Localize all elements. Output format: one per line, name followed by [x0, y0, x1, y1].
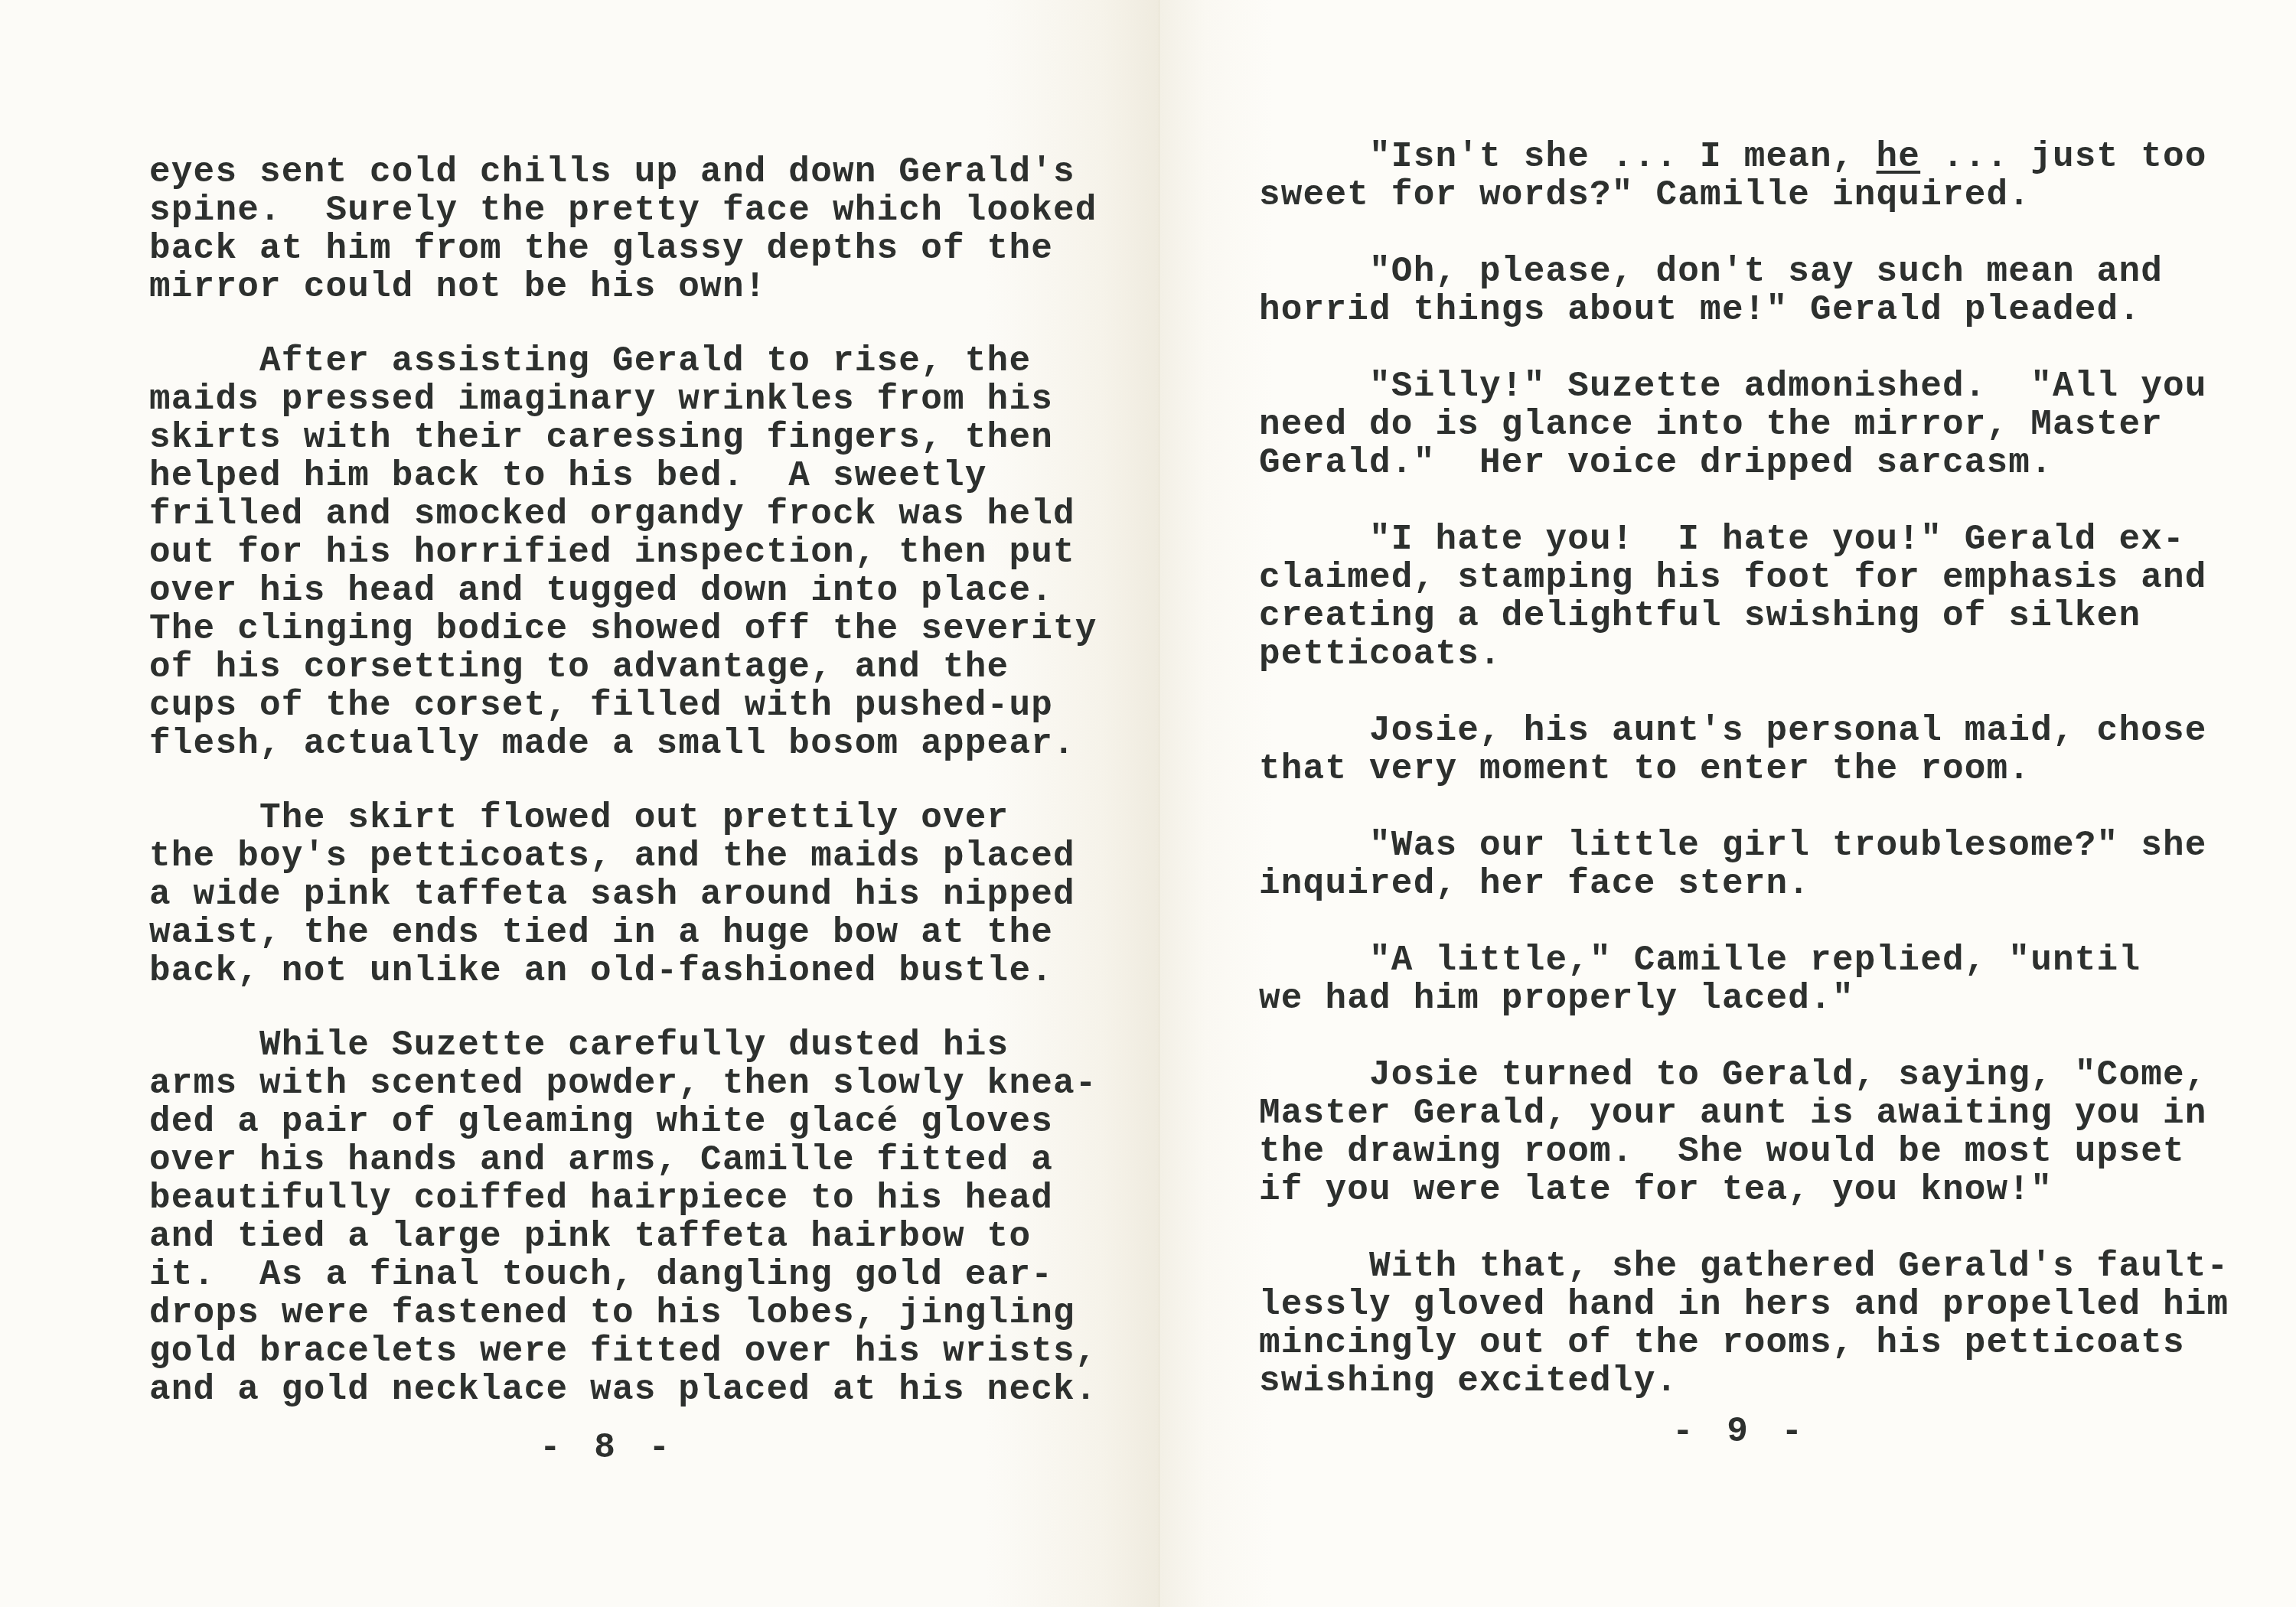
text-line: that very moment to enter the room. — [1259, 750, 2229, 788]
text-line: cups of the corset, filled with pushed-u… — [149, 686, 1097, 725]
book-spread: eyes sent cold chills up and down Gerald… — [0, 0, 2296, 1607]
text-line: With that, she gathered Gerald's fault- — [1259, 1247, 2229, 1286]
paragraph: "Silly!" Suzette admonished. "All younee… — [1259, 367, 2229, 482]
text-line: "Silly!" Suzette admonished. "All you — [1259, 367, 2229, 406]
text-line: creating a delightful swishing of silken — [1259, 597, 2229, 635]
text-line: and tied a large pink taffeta hairbow to — [149, 1217, 1097, 1256]
paragraph: "Was our little girl troublesome?" shein… — [1259, 826, 2229, 903]
text-line: "A little," Camille replied, "until — [1259, 941, 2229, 980]
paragraph: "Oh, please, don't say such mean andhorr… — [1259, 253, 2229, 329]
text-line: it. As a final touch, dangling gold ear- — [149, 1256, 1097, 1294]
text-line: a wide pink taffeta sash around his nipp… — [149, 875, 1097, 914]
text-line: over his head and tugged down into place… — [149, 572, 1097, 610]
text-line: Josie turned to Gerald, saying, "Come, — [1259, 1056, 2229, 1094]
text-line: spine. Surely the pretty face which look… — [149, 191, 1097, 230]
text-line: inquired, her face stern. — [1259, 865, 2229, 903]
text-line: claimed, stamping his foot for emphasis … — [1259, 559, 2229, 597]
text-line: Master Gerald, your aunt is awaiting you… — [1259, 1094, 2229, 1133]
text-line: drops were fastened to his lobes, jingli… — [149, 1294, 1097, 1332]
text-line: arms with scented powder, then slowly kn… — [149, 1064, 1097, 1103]
text-line: "Oh, please, don't say such mean and — [1259, 253, 2229, 291]
text-line: "Was our little girl troublesome?" she — [1259, 826, 2229, 865]
text-line: back at him from the glassy depths of th… — [149, 230, 1097, 268]
text-line: mirror could not be his own! — [149, 268, 1097, 306]
text-line: ded a pair of gleaming white glacé glove… — [149, 1103, 1097, 1141]
paragraph: Josie turned to Gerald, saying, "Come,Ma… — [1259, 1056, 2229, 1209]
paragraph: With that, she gathered Gerald's fault-l… — [1259, 1247, 2229, 1400]
text-line: frilled and smocked organdy frock was he… — [149, 495, 1097, 533]
paragraph: "Isn't she ... I mean, he ... just toosw… — [1259, 138, 2229, 214]
text-line: gold bracelets were fitted over his wris… — [149, 1332, 1097, 1371]
text-line: if you were late for tea, you know!" — [1259, 1171, 2229, 1209]
text-line: sweet for words?" Camille inquired. — [1259, 176, 2229, 214]
paragraph: "A little," Camille replied, "untilwe ha… — [1259, 941, 2229, 1018]
text-line: beautifully coiffed hairpiece to his hea… — [149, 1179, 1097, 1217]
text-line: Josie, his aunt's personal maid, chose — [1259, 712, 2229, 750]
text-line: out for his horrified inspection, then p… — [149, 533, 1097, 572]
text-line: the boy's petticoats, and the maids plac… — [149, 837, 1097, 875]
text-line: back, not unlike an old-fashioned bustle… — [149, 952, 1097, 990]
paragraph: The skirt flowed out prettily overthe bo… — [149, 799, 1097, 990]
text-line: The clinging bodice showed off the sever… — [149, 610, 1097, 648]
underlined-word: he — [1877, 137, 1921, 177]
text-line: "Isn't she ... I mean, he ... just too — [1259, 138, 2229, 176]
paragraph: While Suzette carefully dusted hisarms w… — [149, 1026, 1097, 1409]
paragraph: eyes sent cold chills up and down Gerald… — [149, 153, 1097, 306]
text-line: After assisting Gerald to rise, the — [149, 342, 1097, 380]
text-line: helped him back to his bed. A sweetly — [149, 457, 1097, 495]
text-line: maids pressed imaginary wrinkles from hi… — [149, 380, 1097, 419]
text-line: petticoats. — [1259, 635, 2229, 673]
text-line: waist, the ends tied in a huge bow at th… — [149, 914, 1097, 952]
text-line: horrid things about me!" Gerald pleaded. — [1259, 291, 2229, 329]
text-line: "I hate you! I hate you!" Gerald ex- — [1259, 520, 2229, 559]
text-line: and a gold necklace was placed at his ne… — [149, 1371, 1097, 1409]
text-line: lessly gloved hand in hers and propelled… — [1259, 1286, 2229, 1324]
text-line: While Suzette carefully dusted his — [149, 1026, 1097, 1064]
text-line: mincingly out of the rooms, his petticoa… — [1259, 1324, 2229, 1362]
text-line: the drawing room. She would be most upse… — [1259, 1133, 2229, 1171]
text-line: need do is glance into the mirror, Maste… — [1259, 406, 2229, 444]
text-line: skirts with their caressing fingers, the… — [149, 419, 1097, 457]
right-page-body: "Isn't she ... I mean, he ... just toosw… — [1259, 138, 2229, 1439]
left-page-body: eyes sent cold chills up and down Gerald… — [149, 153, 1097, 1445]
text-line: Gerald." Her voice dripped sarcasm. — [1259, 444, 2229, 482]
text-line: swishing excitedly. — [1259, 1362, 2229, 1400]
text-line: The skirt flowed out prettily over — [149, 799, 1097, 837]
text-line: eyes sent cold chills up and down Gerald… — [149, 153, 1097, 191]
paragraph: After assisting Gerald to rise, themaids… — [149, 342, 1097, 763]
paragraph: Josie, his aunt's personal maid, choseth… — [1259, 712, 2229, 788]
page-number-right: - 9 - — [1672, 1412, 1808, 1452]
text-line: flesh, actually made a small bosom appea… — [149, 725, 1097, 763]
text-line: over his hands and arms, Camille fitted … — [149, 1141, 1097, 1179]
right-page: "Isn't she ... I mean, he ... just toosw… — [1159, 0, 2296, 1607]
page-number-left: - 8 - — [540, 1428, 676, 1468]
text-line: we had him properly laced." — [1259, 980, 2229, 1018]
paragraph: "I hate you! I hate you!" Gerald ex-clai… — [1259, 520, 2229, 673]
left-page: eyes sent cold chills up and down Gerald… — [0, 0, 1159, 1607]
text-line: of his corsetting to advantage, and the — [149, 648, 1097, 686]
